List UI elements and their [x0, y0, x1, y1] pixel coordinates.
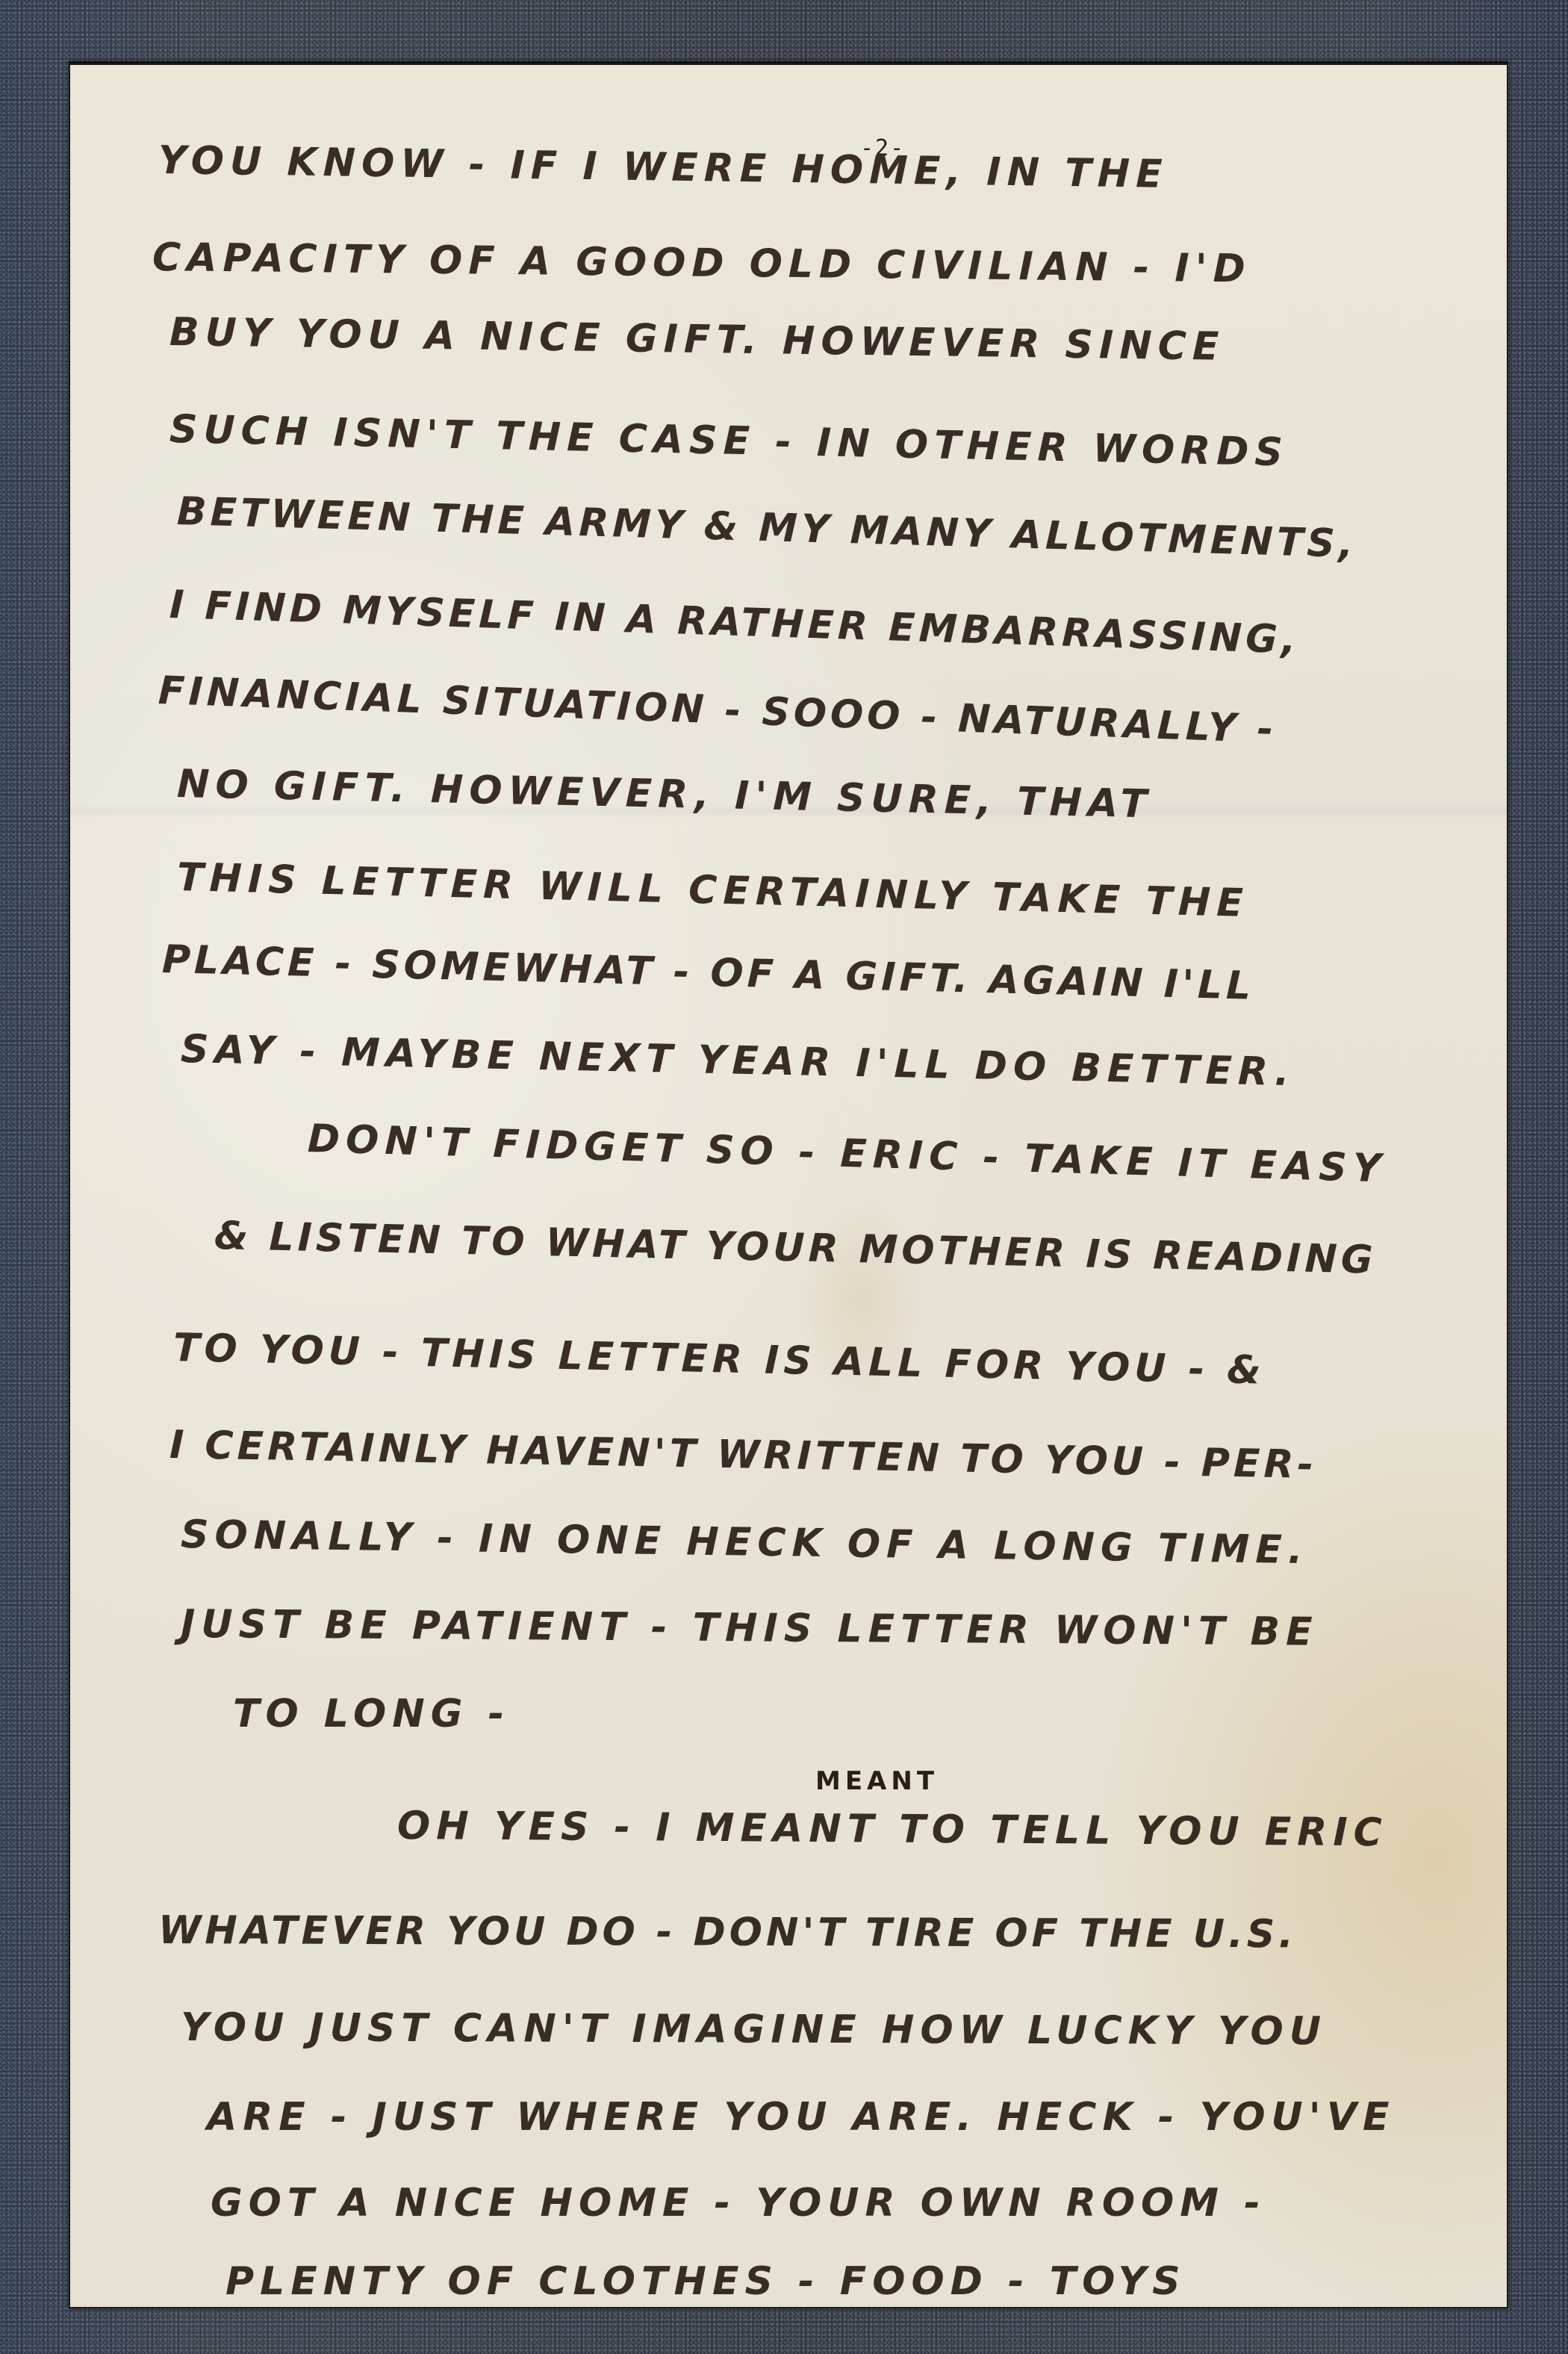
letter-line: I certainly haven't written to you - per…	[169, 1423, 1317, 1488]
letter-line: place - somewhat - of a gift. Again I'll	[161, 937, 1255, 1009]
letter-line: say - maybe next year I'll do better.	[180, 1027, 1295, 1095]
letter-line: to you - This letter is all for you - &	[172, 1326, 1266, 1394]
letter-line: buy you a nice gift. However since	[169, 310, 1225, 370]
letter-line: are - just where you are. Heck - you've	[207, 2095, 1395, 2140]
letter-line: sonally - in one heck of a long time.	[181, 1512, 1309, 1573]
letter-line: financial situation - Sooo - naturally -	[158, 668, 1278, 752]
letter-line: & listen to what your mother is reading	[214, 1214, 1377, 1283]
letter-line: capacity of a good old civilian - I'd	[152, 235, 1251, 291]
letter-line: Don't fidget so - Eric - take it easy	[307, 1117, 1387, 1191]
letter-line: this letter will certainly take the	[176, 855, 1249, 926]
letter-line: to long -	[233, 1692, 510, 1736]
letter-line: Just be patient - this letter won't be	[181, 1602, 1319, 1655]
letter-line: Oh yes - I meant to tell you Eric	[397, 1804, 1388, 1855]
letter-line: such isn't the case - in other words	[169, 407, 1289, 475]
insertion-meant: MEANT	[815, 1766, 939, 1796]
letter-line: Whatever you do - don't tire of the U.S.	[158, 1908, 1297, 1957]
letter-page: -2- You know - if I were home, in the ca…	[69, 61, 1508, 2308]
letter-line: You know - if I were home, in the	[158, 138, 1169, 197]
letter-line: between the army & my many allotments,	[176, 489, 1357, 567]
letter-line: plenty of clothes - food - toys	[225, 2259, 1186, 2304]
letter-line: You just can't imagine how lucky you	[181, 2005, 1327, 2054]
letter-line: no gift. However, I'm sure, that	[176, 762, 1153, 827]
letter-line: got a nice home - your own room -	[211, 2181, 1266, 2226]
letter-line: I find myself in a rather embarrassing,	[169, 583, 1300, 663]
